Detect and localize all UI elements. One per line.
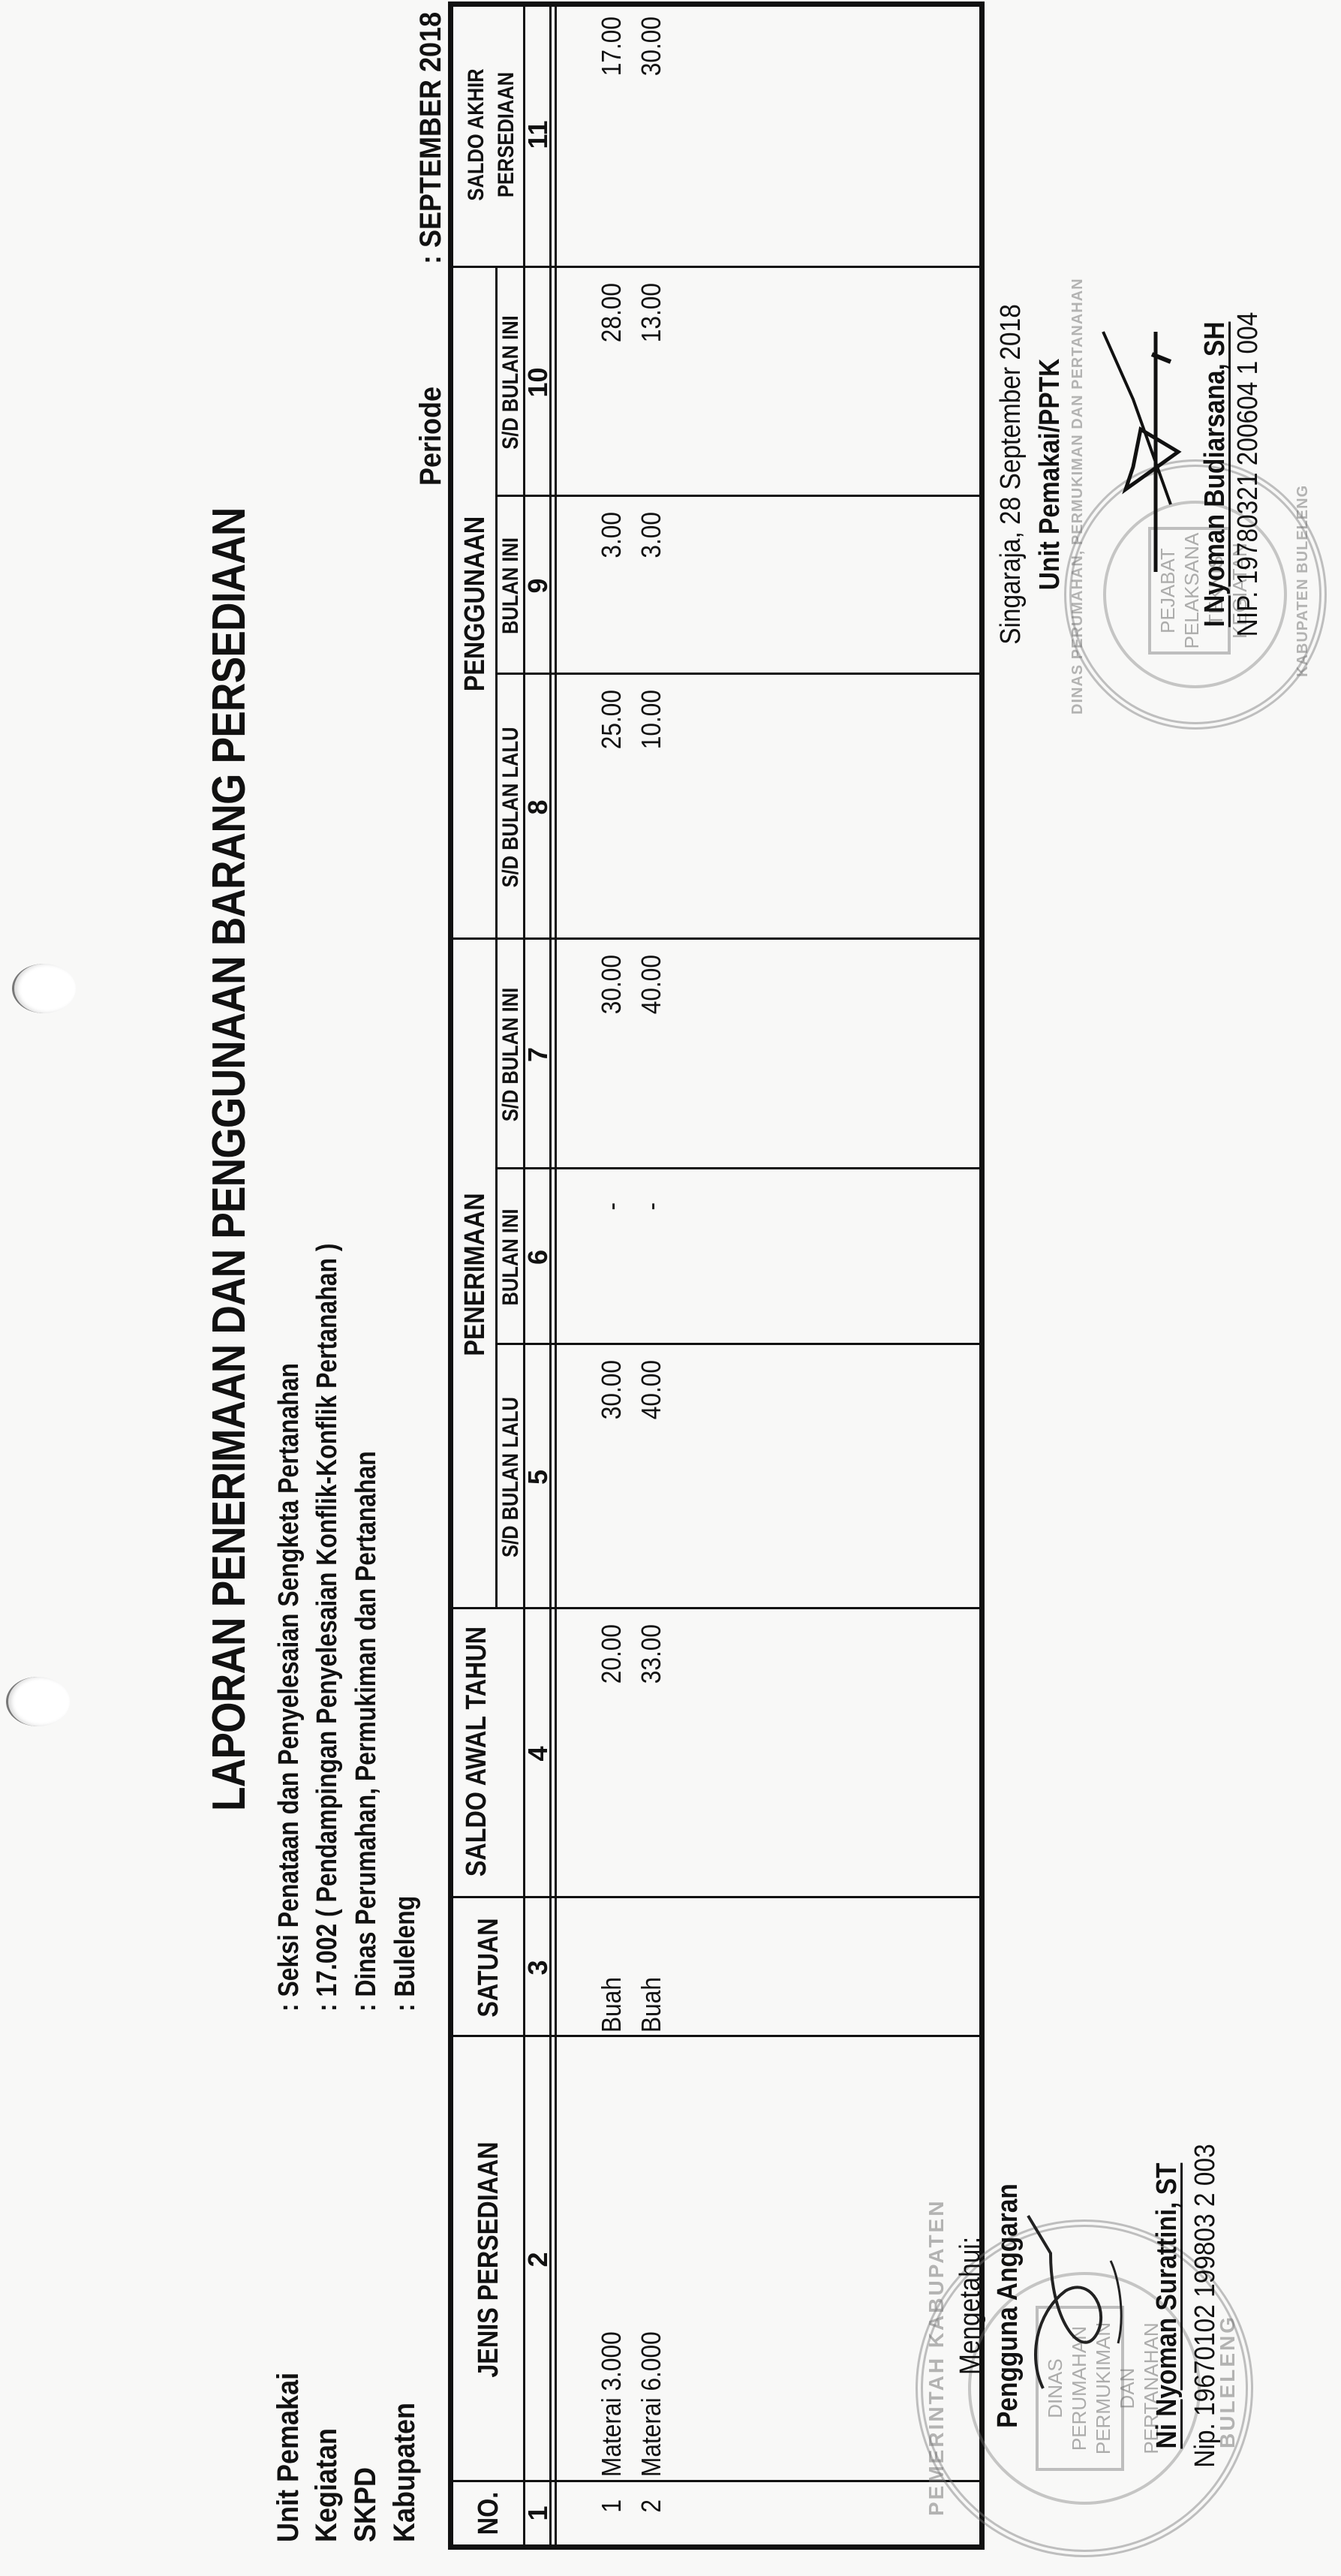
meta-label-unit-pemakai: Unit Pemakai [272, 2373, 305, 2542]
cell-saldo-awal: 33.00 [636, 1624, 667, 1865]
col-number: 9 [522, 497, 554, 675]
inventory-table: NO. JENIS PERSEDIAAN SATUAN SALDO AWAL T… [448, 2, 985, 2550]
meta-label-skpd: SKPD [349, 2467, 383, 2542]
col-number: 5 [522, 1345, 554, 1609]
cell-jenis: Materai 3.000 [596, 2107, 627, 2477]
cell-terima-bulan-ini: - [636, 1202, 667, 1328]
col-number: 2 [522, 2037, 554, 2482]
cell-saldo-awal: 20.00 [596, 1624, 627, 1865]
header-saldo-akhir-persediaan: PERSEDIAAN [494, 22, 519, 248]
cell-terima-sd-lalu: 40.00 [636, 1360, 667, 1579]
col-number: 6 [522, 1169, 554, 1345]
report-title: LAPORAN PENERIMAAN DAN PENGGUNAAN BARANG… [203, 714, 256, 1811]
cell-saldo-akhir: 30.00 [636, 17, 667, 238]
meta-label-kabupaten: Kabupaten [388, 2403, 422, 2542]
col-divider [497, 495, 979, 497]
col-number: 1 [522, 2482, 554, 2544]
cell-saldo-akhir: 17.00 [596, 17, 627, 238]
meta-value-kegiatan: : 17.002 ( Pendampingan Penyelesaian Kon… [311, 1244, 344, 2012]
cell-terima-sd-ini: 40.00 [636, 955, 667, 1144]
subheader-guna-bulan-ini: BULAN INI [498, 510, 524, 661]
budget-user-nip: Nip. 19670102 199803 2 003 [1189, 2134, 1222, 2478]
col-number: 10 [522, 268, 554, 497]
col-number: 4 [522, 1609, 554, 1898]
cell-terima-bulan-ini: - [596, 1202, 627, 1328]
meta-label-kegiatan: Kegiatan [310, 2428, 344, 2542]
cell-satuan: Buah [636, 1920, 667, 2033]
col-number: 11 [522, 2, 554, 268]
number-row-divider [555, 7, 557, 2544]
header-penerimaan: PENERIMAAN [459, 990, 492, 1559]
meta-value-unit-pemakai: : Seksi Penataan dan Penyelesaian Sengke… [273, 1363, 305, 2012]
col-divider [497, 1167, 979, 1169]
cell-guna-sd-ini: 13.00 [636, 283, 667, 471]
signature-right [1081, 294, 1186, 579]
header-jenis: JENIS PERSEDIAAN [473, 2070, 505, 2448]
col-number: 3 [522, 1898, 554, 2037]
subheader-guna-sd-bulan-ini: S/D BULAN INI [498, 285, 524, 480]
report-page: LAPORAN PENERIMAAN DAN PENGGUNAAN BARANG… [0, 0, 1341, 2576]
col-number: 8 [522, 675, 554, 940]
cell-no: 1 [596, 2499, 627, 2539]
header-penggunaan: PENGGUNAAN [459, 318, 492, 889]
unit-user-name: I Nyoman Budiarsana, SH [1199, 302, 1231, 646]
cell-satuan: Buah [596, 1920, 627, 2033]
cell-terima-sd-lalu: 30.00 [596, 1360, 627, 1579]
meta-value-kabupaten: : Buleleng [389, 1896, 422, 2012]
col-divider [497, 673, 979, 675]
punch-hole [12, 964, 76, 1013]
col-number: 7 [522, 940, 554, 1169]
cell-guna-bulan-ini: 3.00 [596, 512, 627, 655]
unit-user-role: Unit Pemakai/PPTK [1034, 302, 1066, 646]
budget-user-name: Ni Nyoman Surattini, ST [1151, 2141, 1183, 2471]
header-saldo-akhir: SALDO AKHIR [464, 22, 489, 248]
subheader-terima-bulan-ini: BULAN INI [498, 1183, 524, 1332]
budget-user-role: Pengguna Anggaran [992, 2141, 1024, 2471]
periode-value: : SEPTEMBER 2018 [414, 12, 448, 264]
cell-terima-sd-ini: 30.00 [596, 955, 627, 1144]
cell-guna-sd-lalu: 10.00 [636, 690, 667, 910]
punch-hole [6, 1677, 70, 1726]
subheader-terima-sd-bulan-ini: S/D BULAN INI [498, 957, 524, 1152]
unit-user-nip: NIP. 19780321 200604 1 004 [1232, 296, 1264, 652]
official-stamp-left-ring-text: PEMERINTAH KABUPATEN [925, 2199, 949, 2516]
cell-guna-sd-lalu: 25.00 [596, 690, 627, 910]
cell-jenis: Materai 6.000 [636, 2107, 667, 2477]
cell-guna-bulan-ini: 3.00 [636, 512, 667, 655]
periode-label: Periode [414, 387, 448, 486]
subheader-terima-sd-bulan-lalu: S/D BULAN LALU [498, 1365, 524, 1589]
acknowledged-label: Mengetahui: [955, 2141, 987, 2471]
header-no: NO. [473, 2487, 505, 2540]
header-saldo-awal: SALDO AWAL TAHUN [461, 1631, 493, 1876]
cell-no: 2 [636, 2499, 667, 2539]
unit-user-name-text: I Nyoman Budiarsana, SH [1199, 322, 1231, 627]
official-stamp-right-ring-text-bottom: KABUPATEN BULELENG [1294, 485, 1312, 677]
subheader-guna-sd-bulan-lalu: S/D BULAN LALU [498, 694, 524, 919]
header-satuan: SATUAN [473, 1909, 505, 2027]
cell-guna-sd-ini: 28.00 [596, 283, 627, 471]
meta-value-skpd: : Dinas Perumahan, Permukiman dan Pertan… [350, 1451, 383, 2012]
signature-left [1021, 2208, 1148, 2403]
place-date: Singaraja, 28 September 2018 [995, 302, 1027, 646]
budget-user-name-text: Ni Nyoman Surattini, ST [1151, 2163, 1183, 2449]
subheader-divider [495, 268, 498, 1609]
col-divider [497, 1343, 979, 1345]
